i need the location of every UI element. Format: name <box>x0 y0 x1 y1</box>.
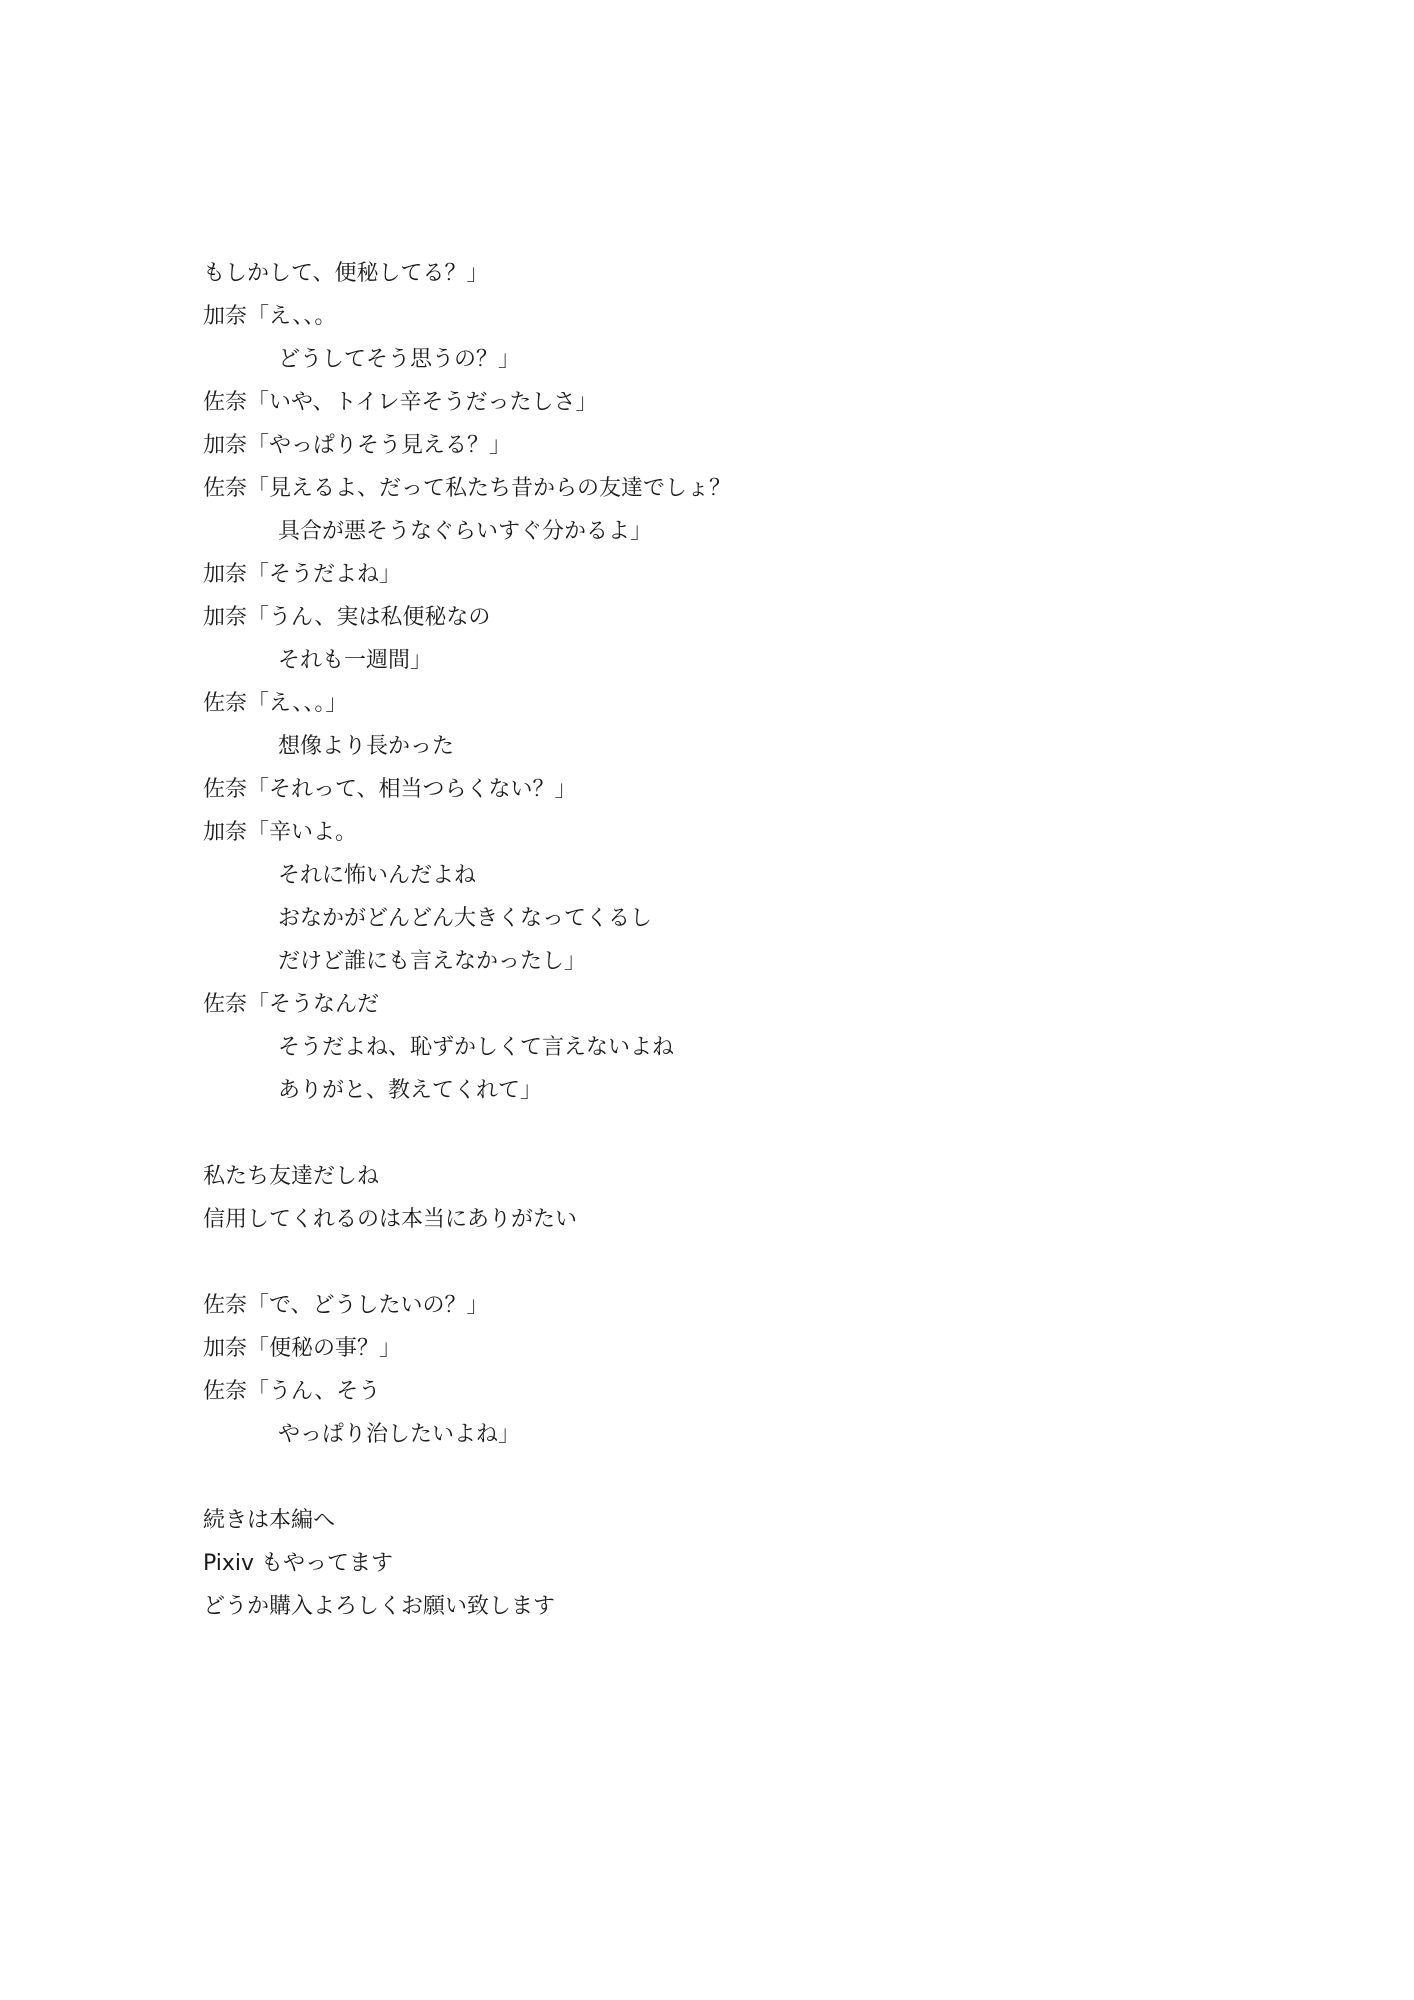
blank-line <box>203 1456 731 1499</box>
text-line: どうしてそう思うの？」 <box>203 338 731 381</box>
blank-line <box>203 1241 731 1284</box>
text-line: もしかして、便秘してる？」 <box>203 252 731 295</box>
text-line: 佐奈「で、どうしたいの？」 <box>203 1284 731 1327</box>
text-line: そうだよね、恥ずかしくて言えないよね <box>203 1026 731 1069</box>
text-line: どうか購入よろしくお願い致します <box>203 1585 731 1628</box>
text-line: 佐奈「え、、。」 <box>203 682 731 725</box>
text-line: 佐奈「見えるよ、だって私たち昔からの友達でしょ？ <box>203 467 731 510</box>
text-line: やっぱり治したいよね」 <box>203 1413 731 1456</box>
text-line: 加奈「辛いよ。 <box>203 811 731 854</box>
text-line: おなかがどんどん大きくなってくるし <box>203 897 731 940</box>
text-line: ありがと、教えてくれて」 <box>203 1069 731 1112</box>
text-line: 信用してくれるのは本当にありがたい <box>203 1198 731 1241</box>
text-line: それに怖いんだよね <box>203 854 731 897</box>
text-line: 佐奈「いや、トイレ辛そうだったしさ」 <box>203 381 731 424</box>
text-line: 続きは本編へ <box>203 1499 731 1542</box>
text-line: 加奈「うん、実は私便秘なの <box>203 596 731 639</box>
document-page: もしかして、便秘してる？」加奈「え、、。どうしてそう思うの？」佐奈「いや、トイレ… <box>0 0 1414 2000</box>
blank-line <box>203 1112 731 1155</box>
text-line: 具合が悪そうなぐらいすぐ分かるよ」 <box>203 510 731 553</box>
text-line: 佐奈「それって、相当つらくない？」 <box>203 768 731 811</box>
text-line: 加奈「やっぱりそう見える？」 <box>203 424 731 467</box>
text-line: だけど誰にも言えなかったし」 <box>203 940 731 983</box>
text-line: それも一週間」 <box>203 639 731 682</box>
text-line: 佐奈「うん、そう <box>203 1370 731 1413</box>
text-line: Pixiv もやってます <box>203 1542 731 1585</box>
story-text: もしかして、便秘してる？」加奈「え、、。どうしてそう思うの？」佐奈「いや、トイレ… <box>203 252 731 1628</box>
text-line: 想像より長かった <box>203 725 731 768</box>
text-line: 加奈「え、、。 <box>203 295 731 338</box>
text-line: 佐奈「そうなんだ <box>203 983 731 1026</box>
text-line: 私たち友達だしね <box>203 1155 731 1198</box>
text-line: 加奈「便秘の事？」 <box>203 1327 731 1370</box>
text-line: 加奈「そうだよね」 <box>203 553 731 596</box>
